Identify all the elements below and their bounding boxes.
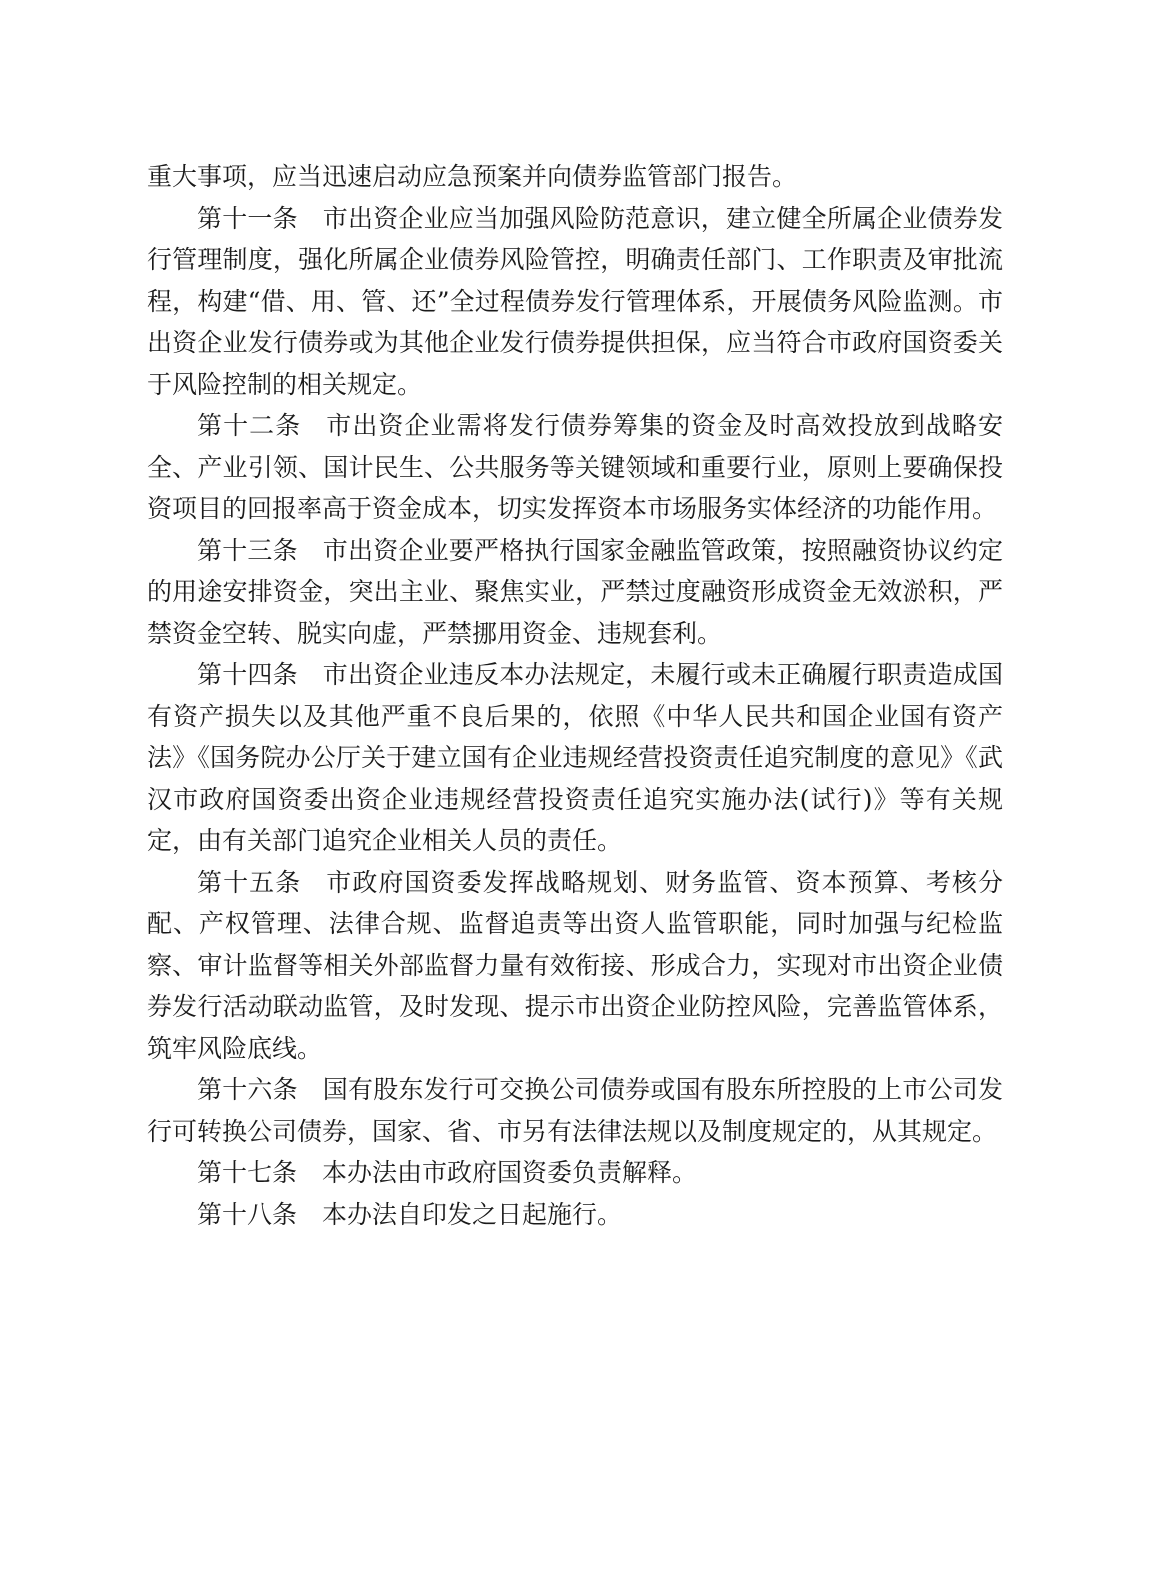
article-13: 第十三条市出资企业要严格执行国家金融监管政策，按照融资协议约定的用途安排资金，突… <box>147 530 1003 655</box>
article-number: 第十八条 <box>197 1200 297 1229</box>
article-number: 第十五条 <box>197 868 301 897</box>
article-number: 第十七条 <box>197 1158 297 1187</box>
article-14: 第十四条市出资企业违反本办法规定，未履行或未正确履行职责造成国有资产损失以及其他… <box>147 654 1003 862</box>
document-page: 重大事项，应当迅速启动应急预案并向债券监管部门报告。 第十一条市出资企业应当加强… <box>147 156 1003 1235</box>
article-16: 第十六条国有股东发行可交换公司债券或国有股东所控股的上市公司发行可转换公司债券，… <box>147 1069 1003 1152</box>
article-number: 第十六条 <box>197 1075 298 1104</box>
article-15: 第十五条市政府国资委发挥战略规划、财务监管、资本预算、考核分配、产权管理、法律合… <box>147 862 1003 1070</box>
article-11: 第十一条市出资企业应当加强风险防范意识，建立健全所属企业债券发行管理制度，强化所… <box>147 198 1003 406</box>
article-17: 第十七条本办法由市政府国资委负责解释。 <box>147 1152 1003 1194</box>
article-12: 第十二条市出资企业需将发行债券筹集的资金及时高效投放到战略安全、产业引领、国计民… <box>147 405 1003 530</box>
article-number: 第十二条 <box>197 411 301 440</box>
article-text: 市出资企业违反本办法规定，未履行或未正确履行职责造成国有资产损失以及其他严重不良… <box>147 660 1003 855</box>
paragraph-continuation: 重大事项，应当迅速启动应急预案并向债券监管部门报告。 <box>147 156 1003 198</box>
article-text: 本办法由市政府国资委负责解释。 <box>322 1158 697 1187</box>
article-number: 第十一条 <box>197 204 298 233</box>
article-text: 本办法自印发之日起施行。 <box>322 1200 622 1229</box>
paragraph-text: 重大事项，应当迅速启动应急预案并向债券监管部门报告。 <box>147 162 797 191</box>
article-18: 第十八条本办法自印发之日起施行。 <box>147 1194 1003 1236</box>
article-number: 第十四条 <box>197 660 298 689</box>
article-number: 第十三条 <box>197 536 298 565</box>
